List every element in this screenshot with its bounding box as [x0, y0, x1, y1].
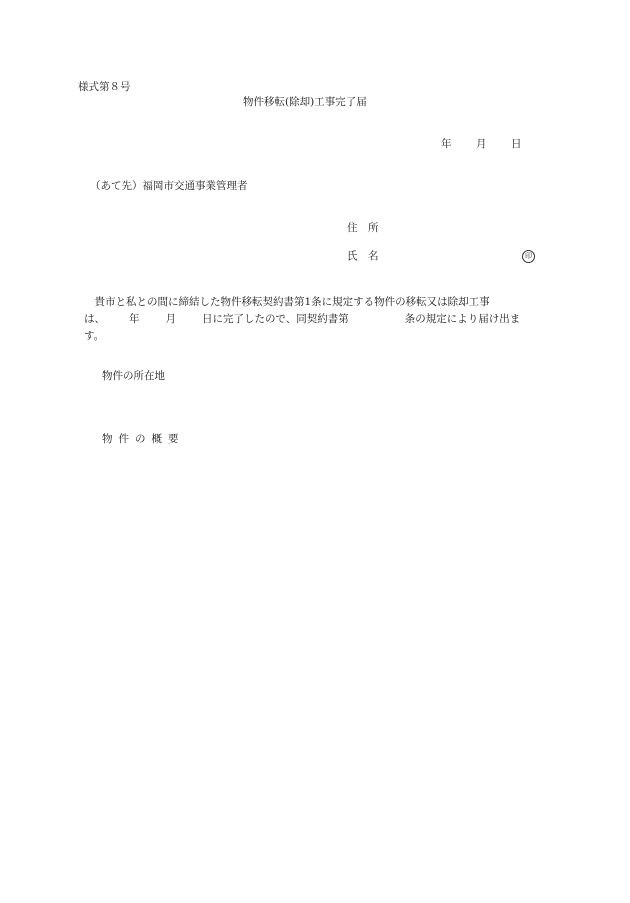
body-text: は、 [84, 313, 105, 325]
address-label: 住 所 [347, 221, 379, 235]
date-month: 月 [476, 137, 487, 151]
date-year: 年 [441, 137, 452, 151]
date-day: 日 [511, 137, 522, 151]
addressee: （あて先）福岡市交通事業管理者 [90, 179, 248, 193]
body-month: 月 [166, 313, 177, 325]
body-year: 年 [129, 313, 140, 325]
form-number: 様式第８号 [78, 80, 131, 94]
name-label: 氏 名 [347, 249, 379, 263]
body-text: 条の規定により届け出ま [405, 313, 521, 325]
body-line-3: す。 [84, 328, 550, 345]
body-line-1: 貴市と私との間に締結した物件移転契約書第1条に規定する物件の移転又は除却工事 [95, 296, 490, 308]
document-title: 物件移転(除却)工事完了届 [243, 95, 367, 109]
seal-mark-icon: 印 [522, 250, 535, 263]
body-paragraph: 貴市と私との間に締結した物件移転契約書第1条に規定する物件の移転又は除却工事 は… [84, 294, 550, 345]
section-overview: 物件の概要 [102, 432, 185, 446]
section-location: 物件の所在地 [102, 369, 165, 383]
body-text: 日に完了したので、同契約書第 [202, 313, 349, 325]
